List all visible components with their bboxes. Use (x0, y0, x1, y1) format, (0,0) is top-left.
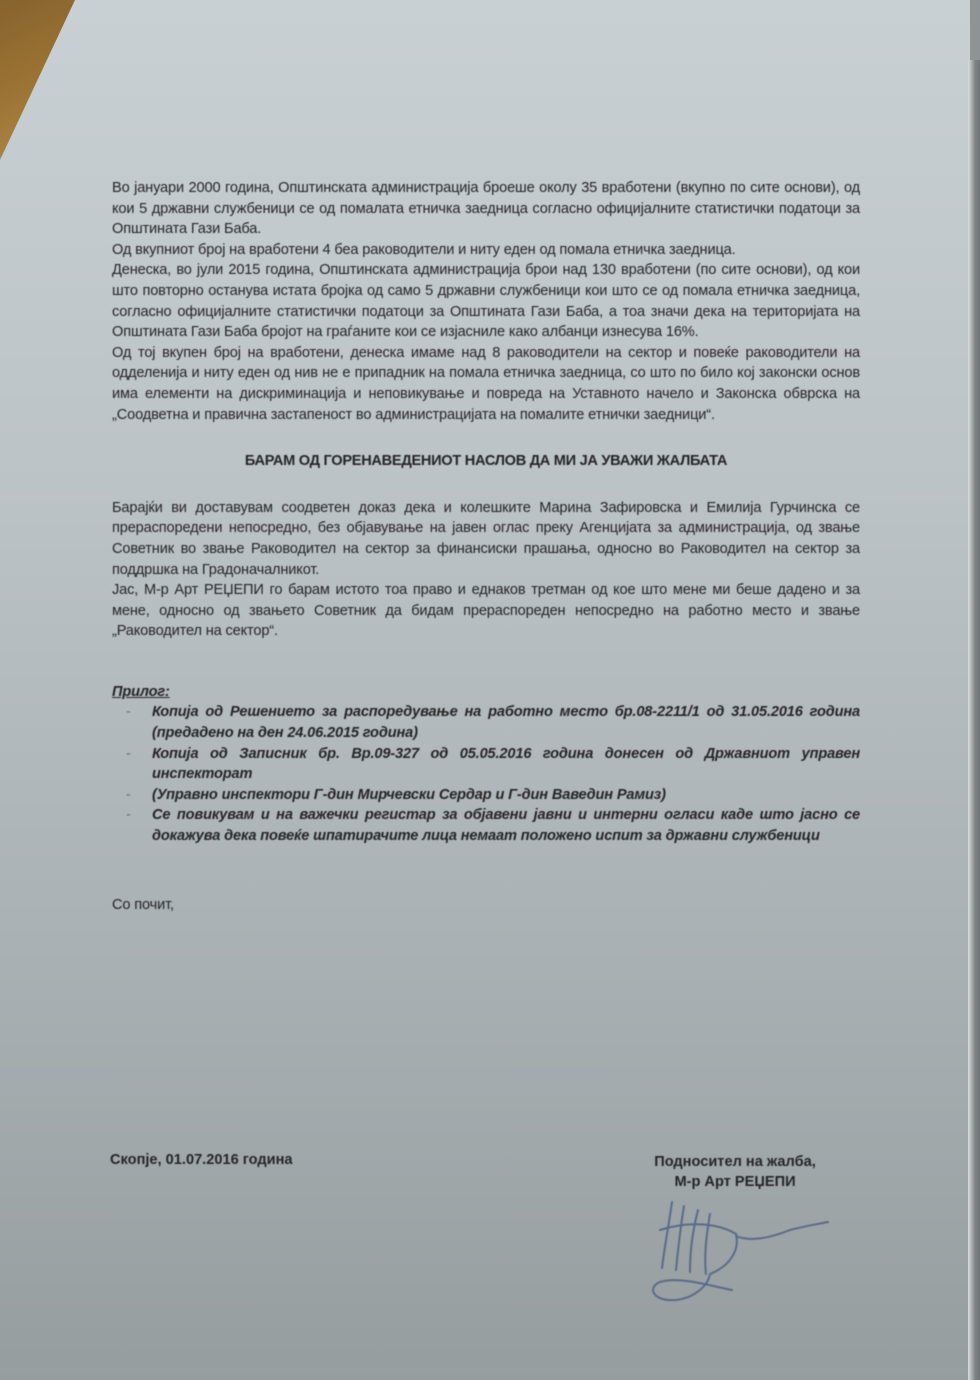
paragraph-intro-3: Денеска, во јули 2015 година, Општинскат… (112, 260, 860, 342)
attachment-text: (Управно инспектори Г-дин Мирчевски Серд… (152, 787, 666, 803)
paragraph-intro-1: Во јануари 2000 година, Општинската адми… (112, 178, 860, 240)
attachment-item: - (Управно инспектори Г-дин Мирчевски Се… (152, 785, 860, 806)
paper-edge-shadow (968, 60, 980, 1380)
request-heading: БАРАМ ОД ГОРЕНАВЕДЕНИОТ НАСЛОВ ДА МИ ЈА … (112, 451, 860, 472)
bullet-dash-icon: - (126, 785, 131, 806)
paragraph-intro-4: Од тој вкупен број на вработени, денеска… (112, 343, 860, 425)
attachment-item: - Копија од Решението за распоредување н… (152, 702, 860, 743)
paragraph-request-2: Јас, М-р Арт РЕЏЕПИ го барам истото тоа … (112, 580, 860, 642)
attachments-list: - Копија од Решението за распоредување н… (112, 702, 860, 846)
bullet-dash-icon: - (126, 805, 131, 826)
attachment-text: Копија од Решението за распоредување на … (152, 704, 860, 741)
place-and-date: Скопје, 01.07.2016 година (110, 1152, 293, 1168)
sender-role: Подносител на жалба, (620, 1152, 850, 1172)
attachment-item: - Се повикувам и на важечки регистар за … (152, 805, 860, 846)
attachment-text: Се повикувам и на важечки регистар за об… (152, 807, 860, 844)
attachment-item: - Копија од Записник бр. Вр.09-327 од 05… (152, 744, 860, 785)
sender-block: Подносител на жалба, М-р Арт РЕЏЕПИ (620, 1152, 850, 1192)
attachments-label: Прилог: (112, 682, 860, 703)
attachment-text: Копија од Записник бр. Вр.09-327 од 05.0… (152, 746, 860, 783)
sender-name: М-р Арт РЕЏЕПИ (620, 1172, 850, 1192)
bullet-dash-icon: - (126, 702, 131, 723)
closing-salutation: Со почит, (112, 895, 860, 916)
paragraph-intro-2: Од вкупниот број на вработени 4 беа рако… (112, 240, 860, 261)
bullet-dash-icon: - (126, 744, 131, 765)
paragraph-request-1: Барајќи ви доставувам соодветен доказ де… (112, 498, 860, 580)
letter-body: Во јануари 2000 година, Општинската адми… (112, 178, 860, 915)
signature-icon (640, 1190, 840, 1310)
